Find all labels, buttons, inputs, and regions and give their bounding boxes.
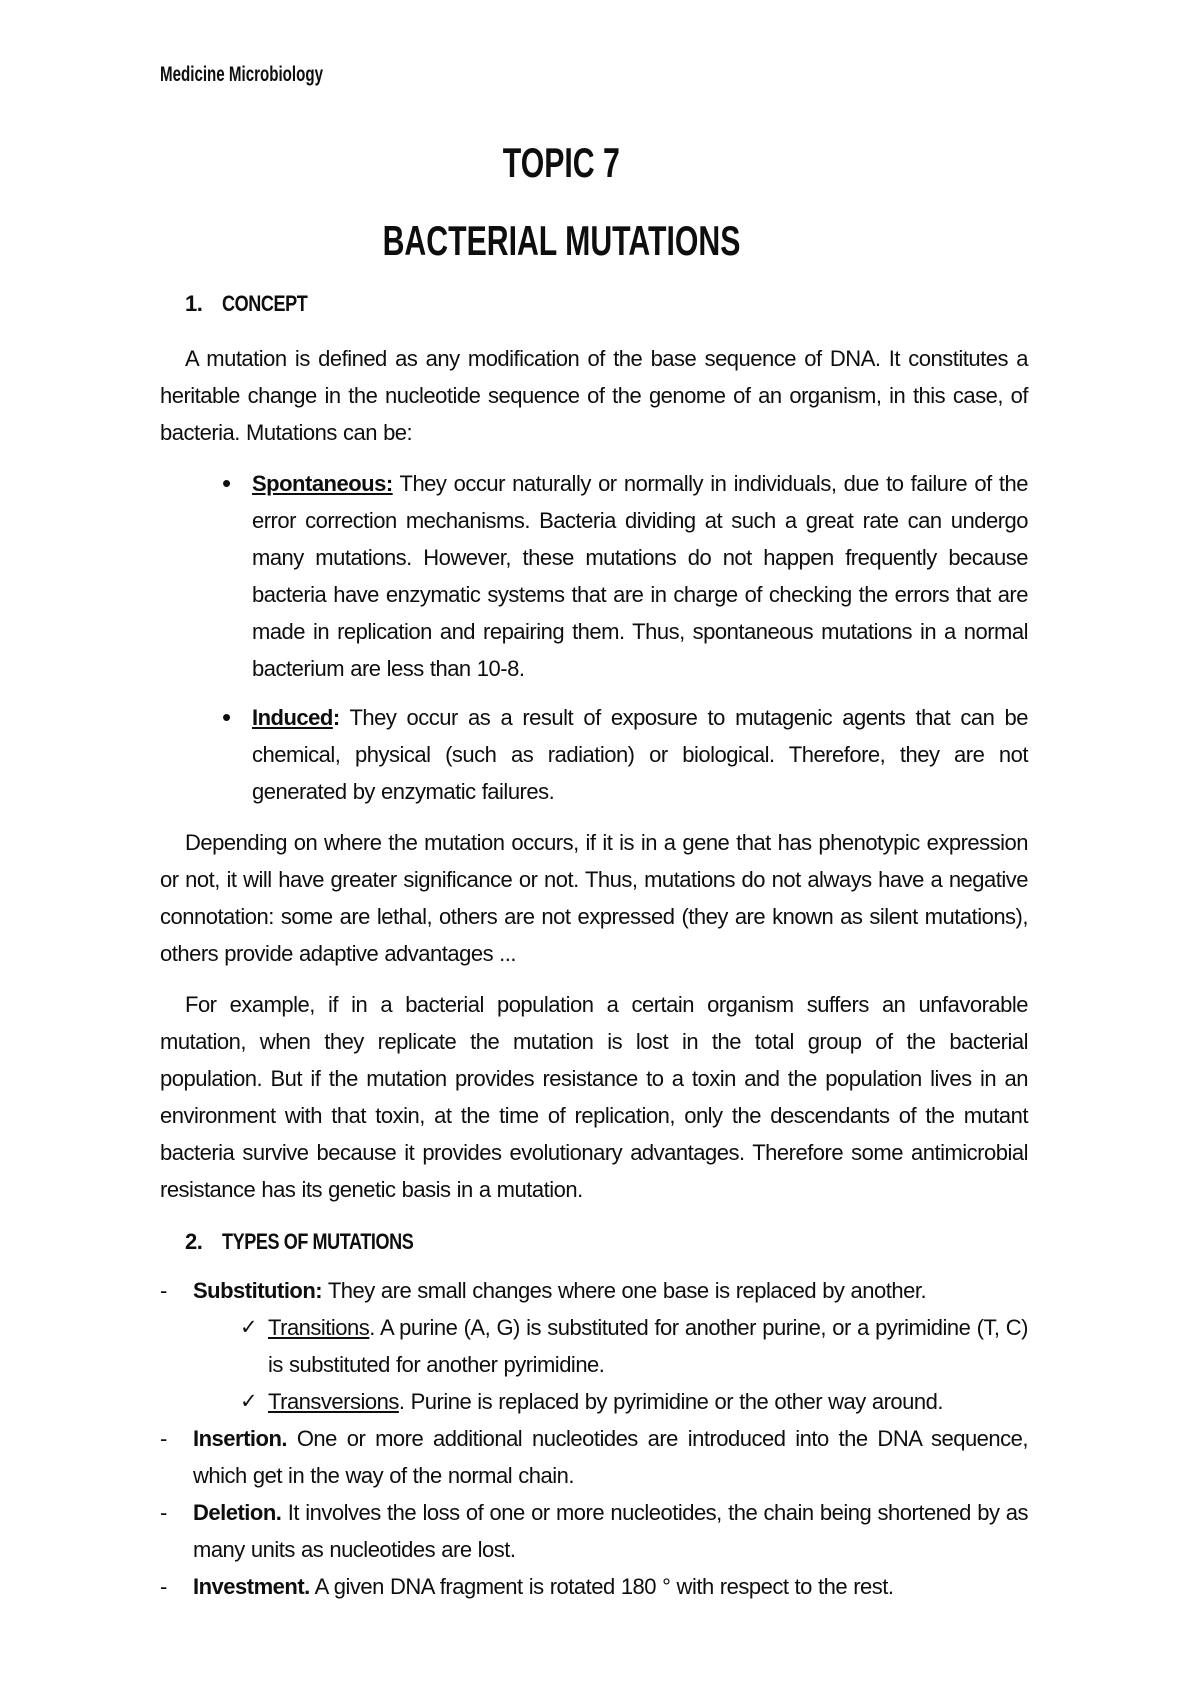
dash-icon: - bbox=[160, 1272, 167, 1309]
paragraph-mutation-definition: A mutation is defined as any modificatio… bbox=[160, 340, 1028, 451]
term-deletion: Deletion. bbox=[193, 1500, 281, 1525]
dash-icon: - bbox=[160, 1568, 167, 1605]
list-item-transitions: ✓Transitions. A purine (A, G) is substit… bbox=[160, 1309, 1028, 1383]
topic-number-title: TOPIC 7 bbox=[160, 140, 1028, 186]
text-transitions: A purine (A, G) is substituted for anoth… bbox=[268, 1315, 1028, 1377]
bullet-icon: • bbox=[222, 465, 231, 502]
text-deletion: It involves the loss of one or more nucl… bbox=[193, 1500, 1028, 1562]
document-content: Medicine Microbiology TOPIC 7 BACTERIAL … bbox=[160, 0, 1028, 1605]
text-spontaneous: They occur naturally or normally in indi… bbox=[252, 471, 1028, 681]
text-substitution: They are small changes where one base is… bbox=[322, 1278, 926, 1303]
check-icon: ✓ bbox=[240, 1383, 257, 1420]
term-investment: Investment. bbox=[193, 1574, 310, 1599]
heading-number: 2. bbox=[185, 1228, 222, 1256]
term-induced: Induced bbox=[252, 705, 333, 730]
dash-icon: - bbox=[160, 1494, 167, 1531]
heading-number: 1. bbox=[185, 290, 222, 318]
list-item-induced: •Induced: They occur as a result of expo… bbox=[160, 699, 1028, 810]
course-title: Medicine Microbiology bbox=[160, 62, 323, 88]
check-icon: ✓ bbox=[240, 1309, 257, 1346]
section-1-heading: 1.CONCEPT bbox=[160, 290, 1028, 318]
text-induced: They occur as a result of exposure to mu… bbox=[252, 705, 1028, 804]
term-transitions: Transitions bbox=[268, 1315, 369, 1340]
term-transversions: Transversions bbox=[268, 1389, 399, 1414]
list-item-spontaneous: •Spontaneous: They occur naturally or no… bbox=[160, 465, 1028, 687]
list-item-transversions: ✓Transversions. Purine is replaced by py… bbox=[160, 1383, 1028, 1420]
list-item-deletion: -Deletion. It involves the loss of one o… bbox=[160, 1494, 1028, 1568]
term-insertion: Insertion. bbox=[193, 1426, 287, 1451]
document-header: Medicine Microbiology bbox=[160, 62, 1028, 88]
document-page: Medicine Microbiology TOPIC 7 BACTERIAL … bbox=[0, 0, 1200, 1698]
mutation-types-list: -Substitution: They are small changes wh… bbox=[160, 1272, 1028, 1605]
term-substitution: Substitution: bbox=[193, 1278, 322, 1303]
list-item-investment: -Investment. A given DNA fragment is rot… bbox=[160, 1568, 1028, 1605]
heading-label: CONCEPT bbox=[222, 290, 307, 318]
section-2-heading: 2.TYPES OF MUTATIONS bbox=[160, 1228, 1028, 1256]
text-investment: A given DNA fragment is rotated 180 ° wi… bbox=[310, 1574, 894, 1599]
main-title: BACTERIAL MUTATIONS bbox=[160, 218, 1028, 264]
paragraph-example-resistance: For example, if in a bacterial populatio… bbox=[160, 986, 1028, 1208]
list-item-substitution: -Substitution: They are small changes wh… bbox=[160, 1272, 1028, 1309]
mutation-origin-list: •Spontaneous: They occur naturally or no… bbox=[160, 465, 1028, 810]
list-item-insertion: -Insertion. One or more additional nucle… bbox=[160, 1420, 1028, 1494]
paragraph-phenotypic-expression: Depending on where the mutation occurs, … bbox=[160, 824, 1028, 972]
bullet-icon: • bbox=[222, 699, 231, 736]
term-spontaneous: Spontaneous: bbox=[252, 471, 393, 496]
text-insertion: One or more additional nucleotides are i… bbox=[193, 1426, 1028, 1488]
text-transversions: Purine is replaced by pyrimidine or the … bbox=[404, 1389, 943, 1414]
dash-icon: - bbox=[160, 1420, 167, 1457]
heading-label: TYPES OF MUTATIONS bbox=[222, 1228, 413, 1256]
